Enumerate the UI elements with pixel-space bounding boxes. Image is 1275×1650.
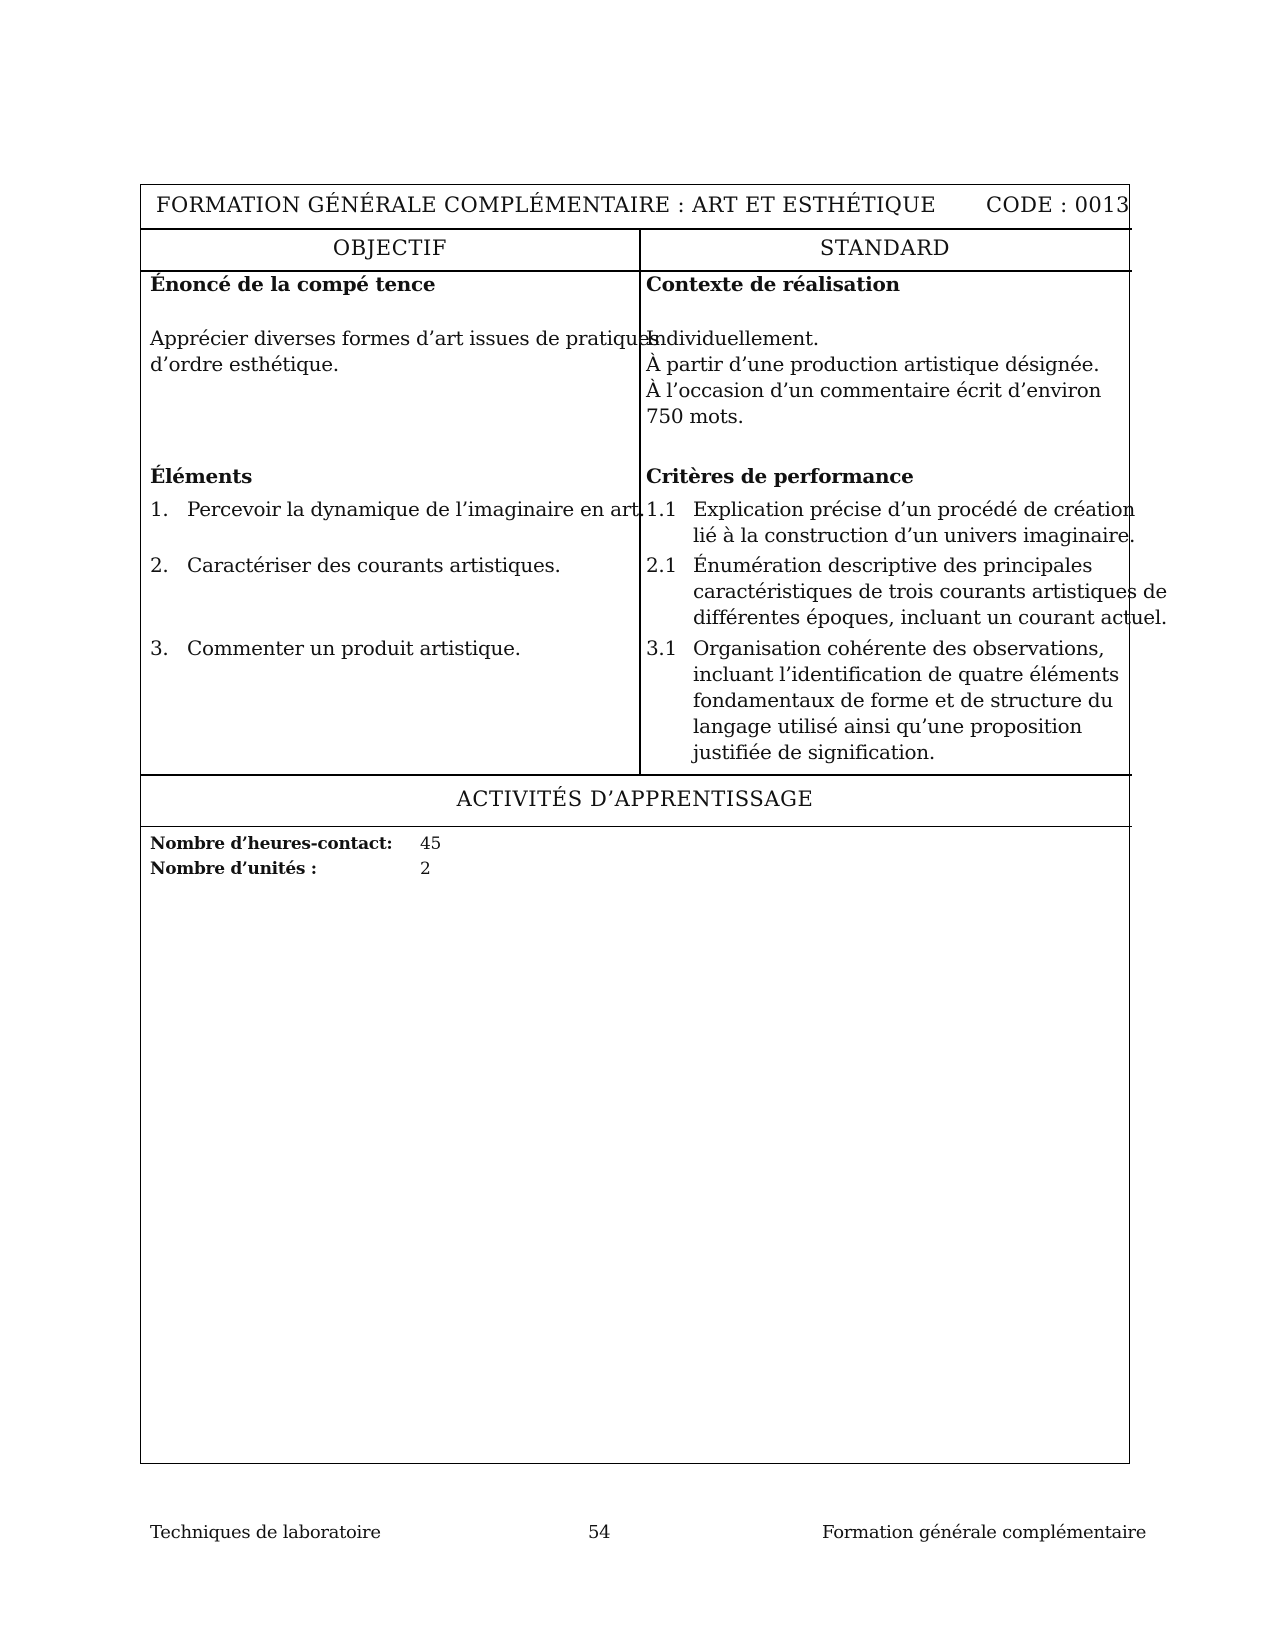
footer-section: Formation générale complémentaire — [822, 1520, 1146, 1546]
element-number: 1. — [150, 496, 168, 522]
unites-value: 2 — [420, 856, 431, 882]
element-text: Commenter un produit artistique. — [187, 635, 521, 661]
column-header-objectif: OBJECTIF — [140, 235, 640, 261]
critere-number: 3.1 — [646, 635, 677, 661]
critere-number: 2.1 — [646, 552, 677, 578]
activites-heading: ACTIVITÉS D’APPRENTISSAGE — [140, 786, 1130, 812]
document-page: FORMATION GÉNÉRALE COMPLÉMENTAIRE : ART … — [0, 0, 1275, 1650]
contexte-line: 750 mots. — [646, 403, 744, 429]
contexte-line: À l’occasion d’un commentaire écrit d’en… — [646, 377, 1101, 403]
critere-line: différentes époques, incluant un courant… — [693, 604, 1167, 630]
divider-activites — [140, 774, 1132, 776]
heures-value: 45 — [420, 831, 441, 857]
contexte-heading: Contexte de réalisation — [646, 271, 900, 297]
divider-title — [140, 228, 1132, 230]
course-code: CODE : 0013 — [986, 192, 1130, 218]
divider-activites-body — [140, 826, 1132, 827]
enonce-heading: Énoncé de la compé tence — [150, 271, 435, 297]
contexte-line: Individuellement. — [646, 325, 819, 351]
critere-line: Énumération descriptive des principales — [693, 552, 1092, 578]
critere-number: 1.1 — [646, 496, 677, 522]
element-text: Percevoir la dynamique de l’imaginaire e… — [187, 496, 645, 522]
elements-heading: Éléments — [150, 463, 252, 489]
critere-line: justifiée de signification. — [693, 739, 935, 765]
contexte-line: À partir d’une production artistique dés… — [646, 351, 1099, 377]
page-number: 54 — [588, 1520, 610, 1546]
criteres-heading: Critères de performance — [646, 463, 914, 489]
critere-line: caractéristiques de trois courants artis… — [693, 578, 1167, 604]
element-text: Caractériser des courants artistiques. — [187, 552, 561, 578]
enonce-line: d’ordre esthétique. — [150, 351, 339, 377]
unites-label: Nombre d’unités : — [150, 856, 317, 882]
column-header-standard: STANDARD — [640, 235, 1130, 261]
element-number: 2. — [150, 552, 168, 578]
critere-line: langage utilisé ainsi qu’une proposition — [693, 713, 1082, 739]
critere-line: fondamentaux de forme et de structure du — [693, 687, 1113, 713]
enonce-line: Apprécier diverses formes d’art issues d… — [150, 325, 659, 351]
table-title: FORMATION GÉNÉRALE COMPLÉMENTAIRE : ART … — [156, 192, 936, 218]
critere-line: Organisation cohérente des observations, — [693, 635, 1104, 661]
critere-line: incluant l’identification de quatre élém… — [693, 661, 1119, 687]
critere-line: Explication précise d’un procédé de créa… — [693, 496, 1135, 522]
heures-label: Nombre d’heures-contact: — [150, 831, 392, 857]
element-number: 3. — [150, 635, 168, 661]
critere-line: lié à la construction d’un univers imagi… — [693, 522, 1135, 548]
footer-program: Techniques de laboratoire — [150, 1520, 381, 1546]
